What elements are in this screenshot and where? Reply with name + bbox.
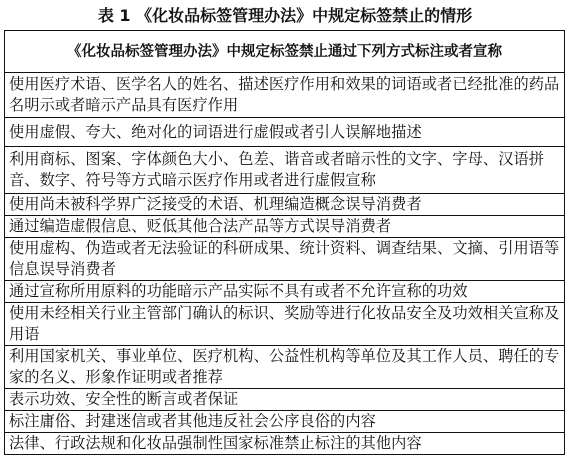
prohibition-cell: 利用商标、图案、字体颜色大小、色差、谐音或者暗示性的文字、字母、汉语拼音、数字、… — [5, 147, 565, 194]
table-row: 使用虚构、伪造或者无法验证的科研成果、统计资料、调查结果、文摘、引用语等信息误导… — [5, 238, 565, 281]
table-row: 使用虚假、夸大、绝对化的词语进行虚假或者引人误解地描述 — [5, 118, 565, 147]
prohibition-cell: 法律、行政法规和化妆品强制性国家标准禁止标注的其他内容 — [5, 433, 565, 455]
prohibition-cell: 通过编造虚假信息、贬低其他合法产品等方式误导消费者 — [5, 216, 565, 238]
prohibition-cell: 标注庸俗、封建迷信或者其他违反社会公序良俗的内容 — [5, 411, 565, 433]
prohibition-cell: 利用国家机关、事业单位、医疗机构、公益性机构等单位及其工作人员、聘任的专家的名义… — [5, 346, 565, 389]
table-body: 使用医疗术语、医学名人的姓名、描述医疗作用和效果的词语或者已经批准的药品名明示或… — [5, 73, 565, 455]
prohibition-cell: 表示功效、安全性的断言或者保证 — [5, 389, 565, 411]
table-header-cell: 《化妆品标签管理办法》中规定标签禁止通过下列方式标注或者宣称 — [5, 31, 565, 73]
prohibition-cell: 使用虚假、夸大、绝对化的词语进行虚假或者引人误解地描述 — [5, 118, 565, 147]
prohibition-cell: 使用未经相关行业主管部门确认的标识、奖励等进行化妆品安全及功效相关宣称及用语 — [5, 303, 565, 346]
table-row: 使用未经相关行业主管部门确认的标识、奖励等进行化妆品安全及功效相关宣称及用语 — [5, 303, 565, 346]
table-row: 法律、行政法规和化妆品强制性国家标准禁止标注的其他内容 — [5, 433, 565, 455]
prohibition-cell: 通过宣称所用原料的功能暗示产品实际不具有或者不允许宣称的功效 — [5, 281, 565, 303]
table-row: 表示功效、安全性的断言或者保证 — [5, 389, 565, 411]
table-row: 通过编造虚假信息、贬低其他合法产品等方式误导消费者 — [5, 216, 565, 238]
table-row: 利用商标、图案、字体颜色大小、色差、谐音或者暗示性的文字、字母、汉语拼音、数字、… — [5, 147, 565, 194]
table-caption: 表 1 《化妆品标签管理办法》中规定标签禁止的情形 — [0, 4, 570, 28]
table-row: 使用医疗术语、医学名人的姓名、描述医疗作用和效果的词语或者已经批准的药品名明示或… — [5, 73, 565, 118]
table-header-row: 《化妆品标签管理办法》中规定标签禁止通过下列方式标注或者宣称 — [5, 31, 565, 73]
prohibition-cell: 使用医疗术语、医学名人的姓名、描述医疗作用和效果的词语或者已经批准的药品名明示或… — [5, 73, 565, 118]
prohibition-cell: 使用尚未被科学界广泛接受的术语、机理编造概念误导消费者 — [5, 194, 565, 216]
table-row: 通过宣称所用原料的功能暗示产品实际不具有或者不允许宣称的功效 — [5, 281, 565, 303]
table-row: 利用国家机关、事业单位、医疗机构、公益性机构等单位及其工作人员、聘任的专家的名义… — [5, 346, 565, 389]
table-row: 标注庸俗、封建迷信或者其他违反社会公序良俗的内容 — [5, 411, 565, 433]
table-row: 使用尚未被科学界广泛接受的术语、机理编造概念误导消费者 — [5, 194, 565, 216]
prohibition-cell: 使用虚构、伪造或者无法验证的科研成果、统计资料、调查结果、文摘、引用语等信息误导… — [5, 238, 565, 281]
prohibited-label-claims-table: 《化妆品标签管理办法》中规定标签禁止通过下列方式标注或者宣称 使用医疗术语、医学… — [4, 30, 565, 455]
